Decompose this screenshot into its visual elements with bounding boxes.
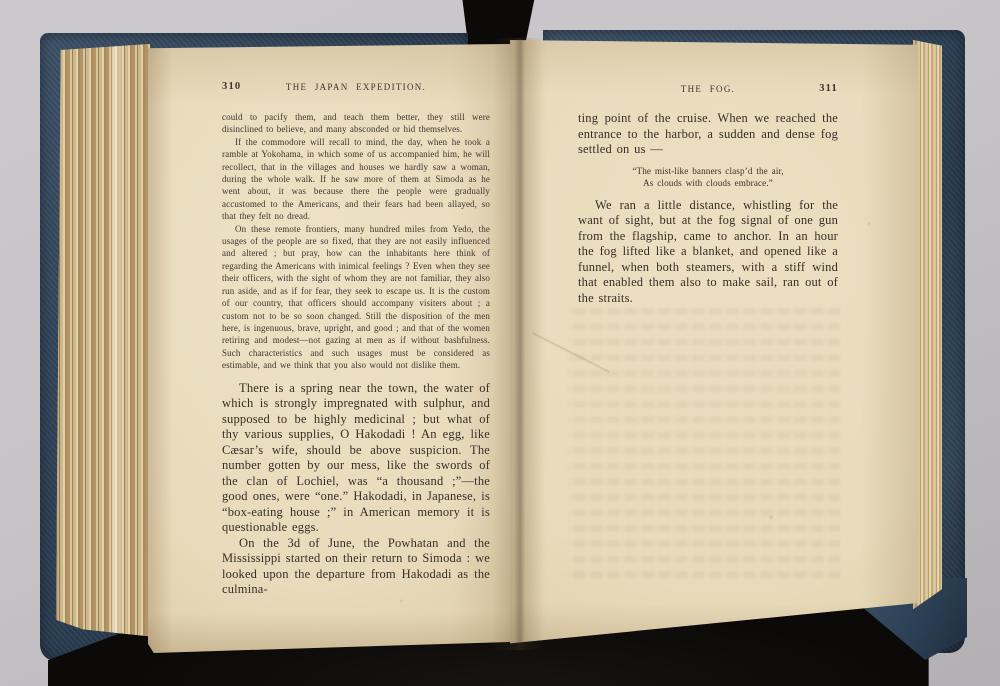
paragraph: could to pacify them, and teach them bet… bbox=[222, 111, 490, 136]
left-running-header-title: THE JAPAN EXPEDITION. bbox=[286, 82, 426, 92]
right-running-header-title: THE FOG. bbox=[681, 84, 735, 94]
paragraph: On these remote frontiers, many hundred … bbox=[222, 223, 490, 372]
stacked-page-edges-left bbox=[54, 44, 150, 640]
left-page-number: 310 bbox=[222, 81, 241, 92]
book-page-left: 310 THE JAPAN EXPEDITION. could to pacif… bbox=[148, 44, 510, 656]
paper-crease bbox=[532, 333, 609, 373]
right-page-text-block: THE FOG. 311 ting point of the cruise. W… bbox=[578, 84, 838, 306]
right-running-head: THE FOG. 311 bbox=[578, 84, 838, 98]
verse-quotation: “The mist-like banners clasp’d the air, … bbox=[578, 165, 838, 190]
verse-line: As clouds with clouds embrace.” bbox=[578, 177, 838, 190]
left-small-type-block: could to pacify them, and teach them bet… bbox=[222, 111, 490, 372]
book-page-right: THE FOG. 311 ting point of the cruise. W… bbox=[510, 40, 918, 652]
right-page-number: 311 bbox=[819, 83, 838, 94]
spine-slot-shadow bbox=[461, 0, 535, 47]
open-book-photo: 310 THE JAPAN EXPEDITION. could to pacif… bbox=[0, 0, 1000, 686]
left-running-head: 310 THE JAPAN EXPEDITION. bbox=[222, 82, 490, 96]
paragraph: If the commodore will recall to mind, th… bbox=[222, 136, 490, 223]
left-body-type-block: There is a spring near the town, the wat… bbox=[222, 381, 490, 598]
verse-line: “The mist-like banners clasp’d the air, bbox=[578, 165, 838, 178]
paragraph: We ran a little distance, whistling for … bbox=[578, 198, 838, 307]
paragraph: On the 3d of June, the Powhatan and the … bbox=[222, 536, 490, 598]
show-through-text-ghost bbox=[568, 308, 840, 580]
paragraph: There is a spring near the town, the wat… bbox=[222, 381, 490, 536]
right-body-type-block: ting point of the cruise. When we reache… bbox=[578, 111, 838, 306]
paragraph: ting point of the cruise. When we reache… bbox=[578, 111, 838, 158]
left-page-text-block: 310 THE JAPAN EXPEDITION. could to pacif… bbox=[222, 82, 490, 598]
